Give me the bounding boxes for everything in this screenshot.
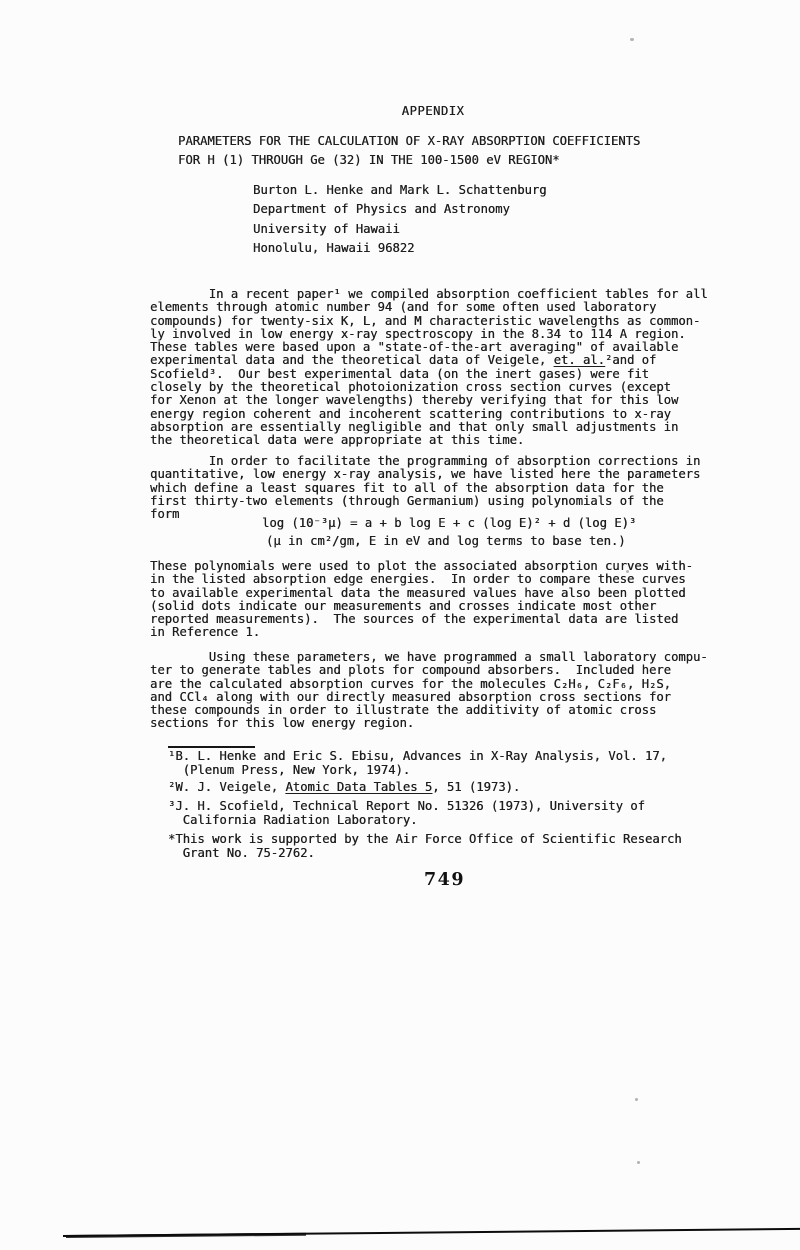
text-line: Grant No. 75-2762. — [168, 847, 682, 861]
paragraph-3: These polynomials were used to plot the … — [150, 560, 693, 640]
text-line: to available experimental data the measu… — [150, 587, 693, 600]
paragraph-4: Using these parameters, we have programm… — [150, 651, 708, 731]
text-line: Using these parameters, we have programm… — [150, 651, 708, 664]
text-line: Department of Physics and Astronomy — [253, 200, 547, 219]
text-line: PARAMETERS FOR THE CALCULATION OF X-RAY … — [178, 132, 640, 151]
text-line: experimental data and the theoretical da… — [150, 354, 708, 367]
paragraph-1: In a recent paper¹ we compiled absorptio… — [150, 288, 708, 448]
text-line: Honolulu, Hawaii 96822 — [253, 239, 547, 258]
text-line: These polynomials were used to plot the … — [150, 560, 693, 573]
text-line: (Plenum Press, New York, 1974). — [168, 764, 667, 778]
footnote-1: ¹B. L. Henke and Eric S. Ebisu, Advances… — [168, 750, 667, 778]
text-line: for Xenon at the longer wavelengths) the… — [150, 394, 708, 407]
text-line: quantitative, low energy x-ray analysis,… — [150, 468, 700, 481]
text-line: (solid dots indicate our measurements an… — [150, 600, 693, 613]
text-line: are the calculated absorption curves for… — [150, 678, 708, 691]
text-line: in the listed absorption edge energies. … — [150, 573, 693, 586]
text-line: ²W. J. Veigele, Atomic Data Tables 5, 51… — [168, 781, 520, 795]
text-line: reported measurements). The sources of t… — [150, 613, 693, 626]
footnote-2: ²W. J. Veigele, Atomic Data Tables 5, 51… — [168, 781, 520, 795]
author-block: Burton L. Henke and Mark L. Schattenburg… — [253, 181, 547, 258]
equation-line: log (10⁻³μ) = a + b log E + c (log E)² +… — [262, 517, 636, 530]
text-line: Burton L. Henke and Mark L. Schattenburg — [253, 181, 547, 200]
appendix-heading: APPENDIX — [150, 105, 716, 118]
text-line: first thirty-two elements (through Germa… — [150, 495, 700, 508]
text-line: In order to facilitate the programming o… — [150, 455, 700, 468]
text-line: ly involved in low energy x-ray spectros… — [150, 328, 708, 341]
scan-speck — [630, 38, 634, 41]
scan-edge-line-thick — [66, 1233, 306, 1238]
scan-speck — [635, 1098, 638, 1101]
text-line: These tables were based upon a "state-of… — [150, 341, 708, 354]
footnote-rule — [168, 746, 255, 748]
text-line: closely by the theoretical photoionizati… — [150, 381, 708, 394]
text-line: In a recent paper¹ we compiled absorptio… — [150, 288, 708, 301]
text-line: these compounds in order to illustrate t… — [150, 704, 708, 717]
text-line: *This work is supported by the Air Force… — [168, 833, 682, 847]
footnote-4: *This work is supported by the Air Force… — [168, 833, 682, 861]
text-line: energy region coherent and incoherent sc… — [150, 408, 708, 421]
scanned-paper-page: { "ink_color": "#1e1e1e", "page": { "hea… — [0, 0, 800, 1250]
text-line: absorption are essentially negligible an… — [150, 421, 708, 434]
paragraph-2: In order to facilitate the programming o… — [150, 455, 700, 521]
page-number: 749 — [424, 870, 465, 890]
text-line: sections for this low energy region. — [150, 717, 708, 730]
text-line: University of Hawaii — [253, 220, 547, 239]
text-line: compounds) for twenty-six K, L, and M ch… — [150, 315, 708, 328]
scan-speck — [626, 570, 629, 573]
text-line: and CCl₄ along with our directly measure… — [150, 691, 708, 704]
text-line: FOR H (1) THROUGH Ge (32) IN THE 100-150… — [178, 151, 640, 170]
text-line: Scofield³. Our best experimental data (o… — [150, 368, 708, 381]
scan-speck — [637, 1161, 640, 1164]
equation-units-line: (μ in cm²/gm, E in eV and log terms to b… — [266, 535, 626, 548]
text-line: California Radiation Laboratory. — [168, 814, 645, 828]
text-line: in Reference 1. — [150, 626, 693, 639]
text-line: the theoretical data were appropriate at… — [150, 434, 708, 447]
paper-title: PARAMETERS FOR THE CALCULATION OF X-RAY … — [178, 132, 640, 169]
footnote-3: ³J. H. Scofield, Technical Report No. 51… — [168, 800, 645, 828]
text-line: ter to generate tables and plots for com… — [150, 664, 708, 677]
text-line: elements through atomic number 94 (and f… — [150, 301, 708, 314]
text-line: ¹B. L. Henke and Eric S. Ebisu, Advances… — [168, 750, 667, 764]
text-line: ³J. H. Scofield, Technical Report No. 51… — [168, 800, 645, 814]
text-line: which define a least squares fit to all … — [150, 482, 700, 495]
